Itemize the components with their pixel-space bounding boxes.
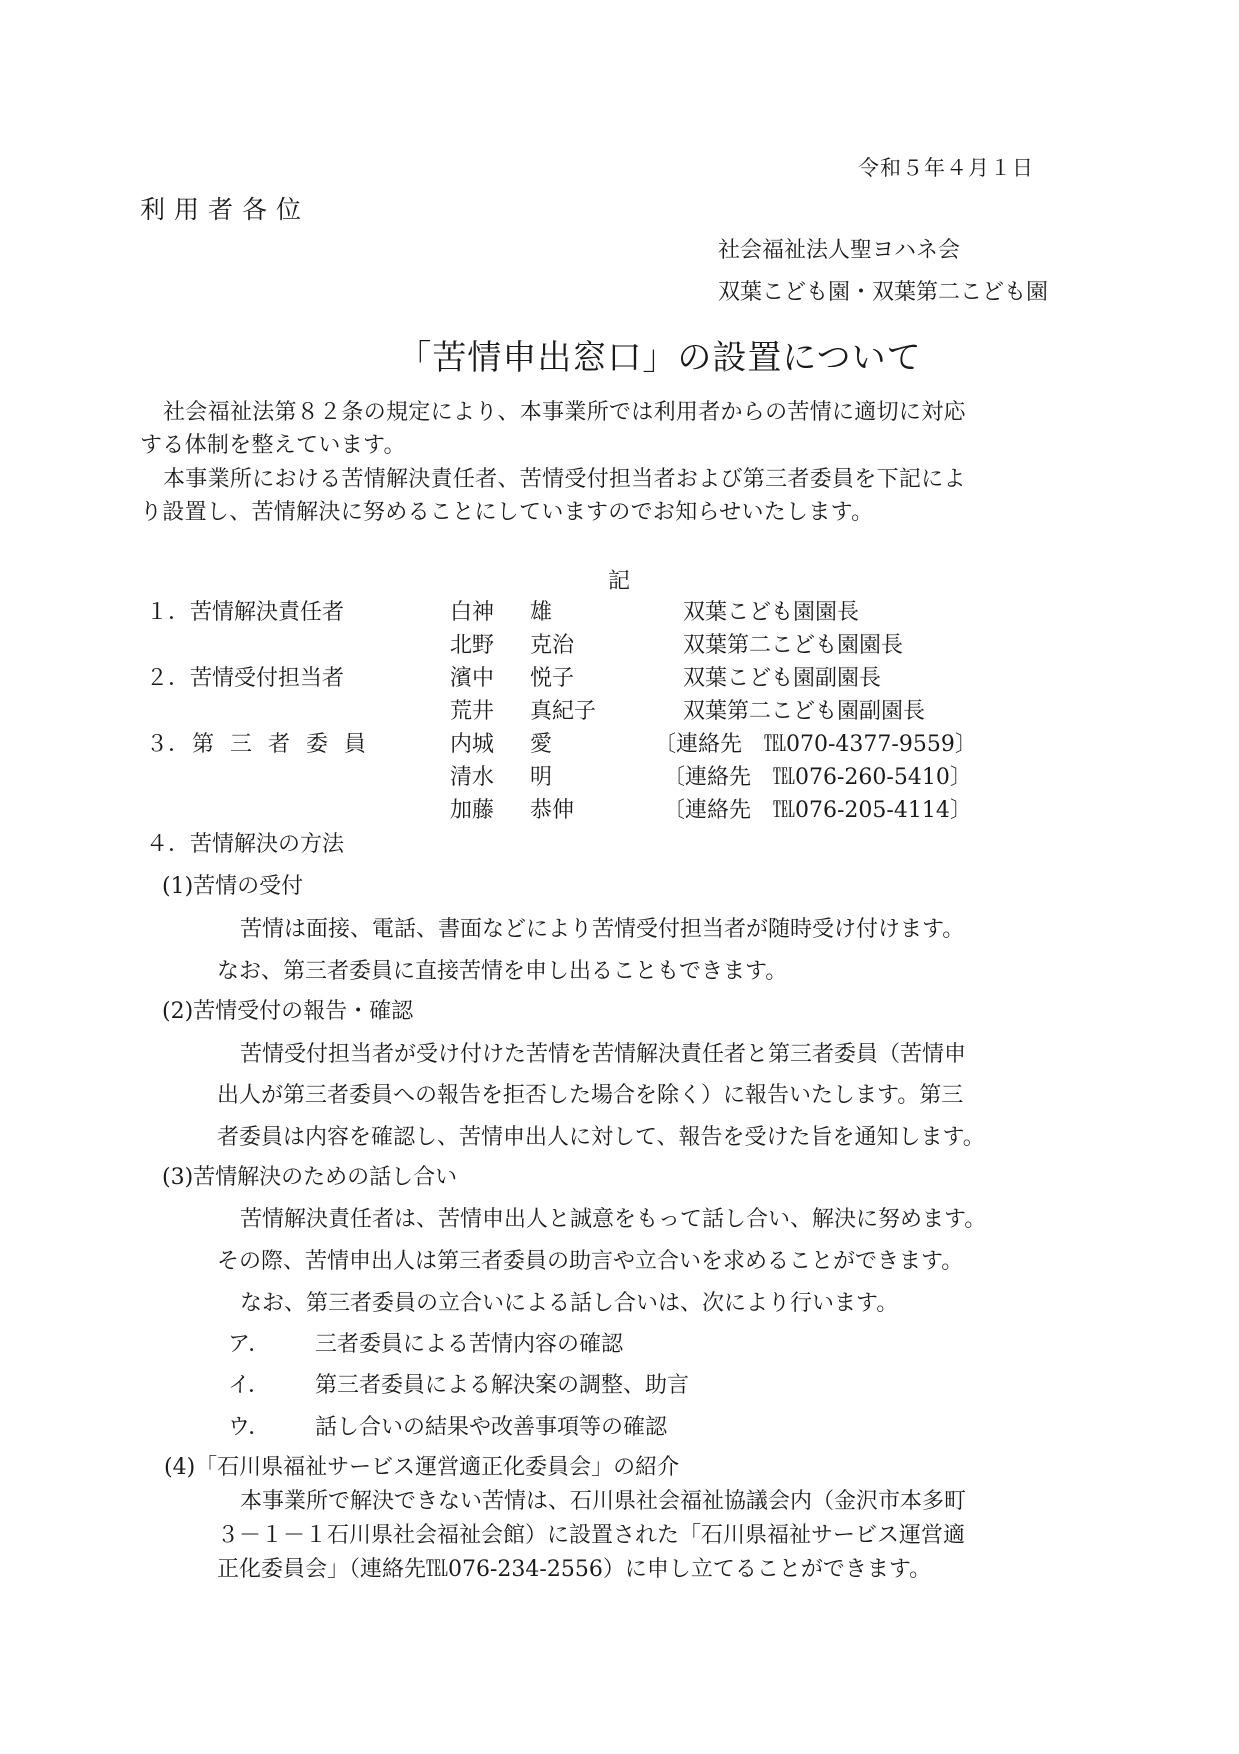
person-surname: 加藤 <box>450 796 494 826</box>
document-date: 令和５年４月１日 <box>858 153 1034 183</box>
organization-name: 社会福祉法人聖ヨハネ会 <box>718 236 960 266</box>
person-surname: 内城 <box>450 730 494 760</box>
person-role: 双葉第二こども園副園長 <box>683 697 925 727</box>
subsection-2-line: 苦情受付担当者が受け付けた苦情を苦情解決責任者と第三者委員（苦情申 <box>240 1040 966 1070</box>
person-given-name: 明 <box>530 763 552 793</box>
facility-names: 双葉こども園・双葉第二こども園 <box>718 278 1048 308</box>
subsection-3-line: なお、第三者委員の立合いによる話し合いは、次により行います。 <box>240 1289 898 1319</box>
step-text: 三者委員による苦情内容の確認 <box>315 1330 623 1360</box>
subsection-4-line: ３－１－１石川県社会福祉会館）に設置された「石川県福祉サービス運営適 <box>217 1521 965 1551</box>
person-surname: 濱中 <box>450 664 494 694</box>
subsection-2-heading: (2)苦情受付の報告・確認 <box>162 997 413 1027</box>
step-text: 第三者委員による解決案の調整、助言 <box>315 1371 689 1401</box>
step-marker: ウ． <box>228 1413 270 1443</box>
intro-line-2: する体制を整えています。 <box>140 431 406 461</box>
person-given-name: 真紀子 <box>530 697 596 727</box>
person-given-name: 愛 <box>530 730 552 760</box>
person-given-name: 恭伸 <box>530 796 574 826</box>
subsection-3-line: 苦情解決責任者は、苦情申出人と誠意をもって話し合い、解決に努めます。 <box>240 1205 986 1235</box>
person-given-name: 悦子 <box>530 664 574 694</box>
person-contact: 〔連絡先 ℡076-205-4114〕 <box>663 796 972 826</box>
subsection-4-line: 本事業所で解決できない苦情は、石川県社会福祉協議会内（金沢市本多町 <box>240 1487 966 1517</box>
addressee: 利用者各位 <box>140 195 310 225</box>
subsection-3-line: その際、苦情申出人は第三者委員の助言や立合いを求めることができます。 <box>217 1247 963 1277</box>
document-title: 「苦情申出窓口」の設置について <box>0 336 1239 380</box>
subsection-4-heading: (4)「石川県福祉サービス運営適正化委員会」の紹介 <box>164 1453 679 1483</box>
section-2-label: ２．苦情受付担当者 <box>146 664 344 694</box>
ki-heading: 記 <box>608 567 630 597</box>
section-3-label: 第三者委員 <box>192 730 382 760</box>
person-surname: 清水 <box>450 763 494 793</box>
subsection-1-line: なお、第三者委員に直接苦情を申し出ることもできます。 <box>217 957 787 987</box>
subsection-1-heading: (1)苦情の受付 <box>162 872 303 902</box>
intro-line-4: り設置し、苦情解決に努めることにしていますのでお知らせいたします。 <box>140 498 873 528</box>
person-given-name: 雄 <box>530 598 552 628</box>
subsection-4-line: 正化委員会」（連絡先℡076-234-2556）に申し立てることができます。 <box>217 1555 931 1585</box>
subsection-2-line: 者委員は内容を確認し、苦情申出人に対して、報告を受けた旨を通知します。 <box>217 1123 985 1153</box>
person-surname: 荒井 <box>450 697 494 727</box>
step-marker: イ． <box>228 1371 270 1401</box>
step-text: 話し合いの結果や改善事項等の確認 <box>315 1413 667 1443</box>
subsection-1-line: 苦情は面接、電話、書面などにより苦情受付担当者が随時受け付けます。 <box>240 915 964 945</box>
person-role: 双葉こども園副園長 <box>683 664 881 694</box>
intro-line-1: 社会福祉法第８２条の規定により、本事業所では利用者からの苦情に適切に対応 <box>163 398 966 428</box>
person-surname: 北野 <box>450 631 494 661</box>
person-role: 双葉第二こども園園長 <box>683 631 903 661</box>
subsection-2-line: 出人が第三者委員への報告を拒否した場合を除く）に報告いたします。第三 <box>217 1081 963 1111</box>
person-given-name: 克治 <box>530 631 574 661</box>
person-surname: 白神 <box>450 598 494 628</box>
step-marker: ア． <box>228 1330 270 1360</box>
section-4-label: ４．苦情解決の方法 <box>146 830 344 860</box>
person-role: 双葉こども園園長 <box>683 598 859 628</box>
intro-line-3: 本事業所における苦情解決責任者、苦情受付担当者および第三者委員を下記によ <box>163 465 966 495</box>
person-contact: 〔連絡先 ℡076-260-5410〕 <box>663 763 972 793</box>
subsection-3-heading: (3)苦情解決のための話し合い <box>162 1163 457 1193</box>
person-contact: 〔連絡先 ℡070-4377-9559〕 <box>654 730 977 760</box>
section-1-label: １．苦情解決責任者 <box>146 598 344 628</box>
section-3-number: ３． <box>146 730 190 760</box>
